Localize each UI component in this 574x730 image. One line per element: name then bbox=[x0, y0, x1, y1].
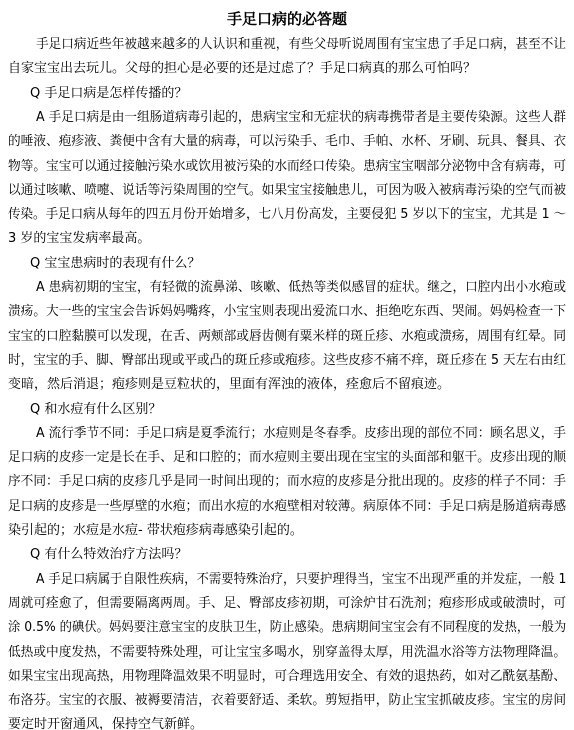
paragraph-line: A 患病初期的宝宝，有轻微的流鼻涕、咳嗽、低热等类似感冒的症状。继之，口腔内出小… bbox=[36, 276, 566, 300]
paragraph-line: A 手足口病属于自限性疾病，不需要特殊治疗，只要护理得当，宝宝不出现严重的并发症… bbox=[36, 568, 566, 592]
paragraph-line: A 流行季节不同：手足口病是夏季流行；水痘则是冬春季。皮疹出现的部位不同：顾名思… bbox=[36, 422, 566, 446]
paragraph-line: 要定时开窗通风，保持空气新鲜。 bbox=[8, 713, 566, 730]
paragraph-line: 的唾液、疱疹液、粪便中含有大量的病毒，可以污染手、毛巾、手帕、水杯、牙刷、玩具、… bbox=[8, 130, 566, 154]
paragraph-line: 传染。手足口病从每年的四五月份开始增多，七八月份高发，主要侵犯 5 岁以下的宝宝… bbox=[8, 203, 566, 227]
paragraph-line: 低热或中度发热，不需要特殊处理，可让宝宝多喝水，别穿盖得太厚，用洗温水浴等方法物… bbox=[8, 641, 566, 665]
paragraph-line: 序不同：手足口病的皮疹几乎是同一时间出现的；而水痘的皮疹是分批出现的。皮疹的样子… bbox=[8, 470, 566, 494]
question-line: Q 手足口病是怎样传播的？ bbox=[30, 82, 187, 106]
paragraph-line: 宝宝的口腔黏膜可以发现，在舌、两颊部或唇齿侧有粟米样的斑丘疹、水疱或溃疡，周围有… bbox=[8, 325, 566, 349]
paragraph-line: 周就可痊愈了，但需要隔离两周。手、足、臀部皮疹初期，可涂炉甘石洗剂；疱疹形成或破… bbox=[8, 592, 566, 616]
paragraph-line: A 手足口病是由一组肠道病毒引起的，患病宝宝和无症状的病毒携带者是主要传染源。这… bbox=[36, 106, 566, 130]
paragraph-line: 以通过咳嗽、喷嚏、说话等污染周围的空气。如果宝宝接触患儿，可因为吸入被病毒污染的… bbox=[8, 179, 566, 203]
paragraph-line: 涂 0.5% 的碘伏。妈妈要注意宝宝的皮肤卫生，防止感染。患病期间宝宝会有不同程… bbox=[8, 616, 566, 640]
document-title: 手足口病的必答题 bbox=[0, 8, 574, 30]
question-line: Q 宝宝患病时的表现有什么？ bbox=[30, 252, 200, 276]
paragraph-line: 溃疡。大一些的宝宝会告诉妈妈嘴疼，小宝宝则表现出爱流口水、拒绝吃东西、哭闹。妈妈… bbox=[8, 300, 566, 324]
paragraph-line: 时，宝宝的手、脚、臀部出现或平或凸的斑丘疹或疱疹。这些皮疹不痛不痒，斑丘疹在 5… bbox=[8, 349, 566, 373]
paragraph-line: 足口病的皮疹是一些厚壁的水疱；而出水痘的水疱壁相对较薄。病原体不同：手足口病是肠… bbox=[8, 495, 566, 519]
paragraph-line: 如果宝宝出现高热，用物理降温效果不明显时，可合理选用安全、有效的退热药，如对乙酰… bbox=[8, 665, 566, 689]
paragraph-line: 物等。宝宝可以通过接触污染水或饮用被污染的水而经口传染。患病宝宝咽部分泌物中含有… bbox=[8, 155, 566, 179]
paragraph-line: 布洛芬。宝宝的衣服、被褥要清洁，衣着要舒适、柔软。剪短指甲，防止宝宝抓破皮疹。宝… bbox=[8, 689, 566, 713]
paragraph-line: 3 岁的宝宝发病率最高。 bbox=[8, 227, 566, 251]
paragraph-line: 手足口病近些年被越来越多的人认识和重视，有些父母听说周围有宝宝患了手足口病，甚至… bbox=[36, 33, 566, 57]
paragraph-line: 足口病的皮疹一定是长在手、足和口腔的；而水痘则主要出现在宝宝的头面部和躯干。皮疹… bbox=[8, 446, 566, 470]
paragraph-line: 染引起的；水痘是水痘- 带状疱疹病毒感染引起的。 bbox=[8, 519, 566, 543]
paragraph-line: 变暗，然后消退；疱疹则是豆粒状的，里面有浑浊的液体，痊愈后不留痕迹。 bbox=[8, 373, 566, 397]
question-line: Q 和水痘有什么区别？ bbox=[30, 398, 161, 422]
paragraph-line: 自家宝宝出去玩儿。父母的担心是必要的还是过虑了？手足口病真的那么可怕吗？ bbox=[8, 57, 566, 81]
question-line: Q 有什么特效治疗方法吗？ bbox=[30, 543, 187, 567]
